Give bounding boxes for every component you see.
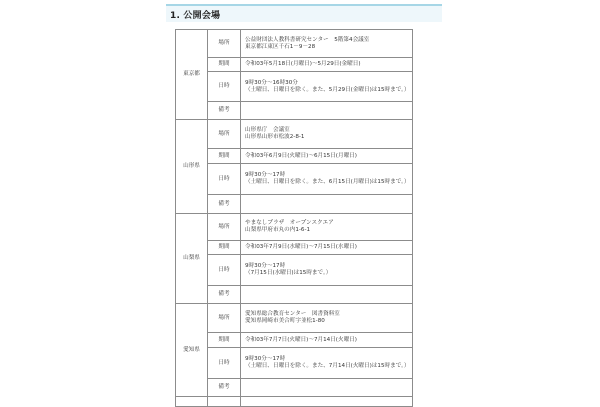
hours-value: 9時30分～17時 （7月15日(水曜日)は15時まで。） <box>241 255 413 286</box>
table-row: 山梨県 場所 やまなしプラザ オープンスクエア 山梨県甲府市丸の内1-6-1 <box>176 214 413 241</box>
period-value: 令和03年7月7日(火曜日)～7月14日(火曜日) <box>241 333 413 348</box>
prefecture-cell: 山梨県 <box>176 214 208 304</box>
place-name: 愛知県総合教育センター 図書資料室 <box>245 311 412 318</box>
label-notes: 備考 <box>208 379 241 397</box>
label-cell <box>208 397 241 401</box>
value-cell <box>241 397 413 401</box>
label-period: 期間 <box>208 333 241 348</box>
table-row: 日時 9時30分～17時 （7月15日(水曜日)は15時まで。） <box>176 255 413 286</box>
hours-note: （土曜日、日曜日を除く。また、5月29日(金曜日)は15時まで。） <box>245 87 412 94</box>
place-name: やまなしプラザ オープンスクエア <box>245 220 412 227</box>
place-name: 山形県庁 会議室 <box>245 127 412 134</box>
prefecture-cell: 東京都 <box>176 30 208 120</box>
table-row: 備考 <box>176 195 413 214</box>
place-address: 東京都江東区千石1－9－28 <box>245 44 412 51</box>
place-value: 愛知県総合教育センター 図書資料室 愛知県岡崎市美合町字並松1-80 <box>241 304 413 333</box>
table-row: 日時 9時30分～16時30分 （土曜日、日曜日を除く。また、5月29日(金曜日… <box>176 72 413 102</box>
label-place: 場所 <box>208 304 241 333</box>
hours-value: 9時30分～16時30分 （土曜日、日曜日を除く。また、5月29日(金曜日)は1… <box>241 72 413 102</box>
label-hours: 日時 <box>208 164 241 195</box>
place-name: 公益財団法人教科書研究センター 5階第4会議室 <box>245 37 412 44</box>
hours-value: 9時30分～17時 （土曜日、日曜日を除く。また、6月15日(月曜日)は15時ま… <box>241 164 413 195</box>
label-notes: 備考 <box>208 102 241 120</box>
period-value: 令和03年5月18日(月曜日)～5月29日(金曜日) <box>241 58 413 72</box>
label-place: 場所 <box>208 214 241 241</box>
hours-note: （7月15日(水曜日)は15時まで。） <box>245 270 412 277</box>
table-row: 期間 令和03年7月7日(火曜日)～7月14日(火曜日) <box>176 333 413 348</box>
place-address: 山梨県甲府市丸の内1-6-1 <box>245 227 412 234</box>
section-header: 1. 公開会場 <box>166 4 442 22</box>
table-row: 期間 令和03年5月18日(月曜日)～5月29日(金曜日) <box>176 58 413 72</box>
prefecture-cell: 愛知県 <box>176 304 208 397</box>
notes-value <box>241 379 413 397</box>
label-notes: 備考 <box>208 195 241 214</box>
place-address: 愛知県岡崎市美合町字並松1-80 <box>245 318 412 325</box>
label-hours: 日時 <box>208 72 241 102</box>
table-row: 山形県 場所 山形県庁 会議室 山形県山形市松波2-8-1 <box>176 120 413 149</box>
section-title: 1. 公開会場 <box>170 8 220 21</box>
label-period: 期間 <box>208 241 241 255</box>
place-value: 山形県庁 会議室 山形県山形市松波2-8-1 <box>241 120 413 149</box>
hours-time: 9時30分～17時 <box>245 263 412 270</box>
table-row: 期間 令和03年6月9日(火曜日)～6月15日(月曜日) <box>176 149 413 164</box>
place-address: 山形県山形市松波2-8-1 <box>245 134 412 141</box>
table-row: 期間 令和03年7月9日(水曜日)～7月15日(水曜日) <box>176 241 413 255</box>
label-hours: 日時 <box>208 348 241 379</box>
place-value: やまなしプラザ オープンスクエア 山梨県甲府市丸の内1-6-1 <box>241 214 413 241</box>
table-row <box>176 397 413 401</box>
label-place: 場所 <box>208 30 241 58</box>
prefecture-cell: 山形県 <box>176 120 208 214</box>
hours-value: 9時30分～17時 （土曜日、日曜日を除く。また、7月14日(火曜日)は15時ま… <box>241 348 413 379</box>
period-value: 令和03年7月9日(水曜日)～7月15日(水曜日) <box>241 241 413 255</box>
hours-time: 9時30分～16時30分 <box>245 80 412 87</box>
place-value: 公益財団法人教科書研究センター 5階第4会議室 東京都江東区千石1－9－28 <box>241 30 413 58</box>
table-row: 備考 <box>176 379 413 397</box>
table-row: 備考 <box>176 286 413 304</box>
table-row: 愛知県 場所 愛知県総合教育センター 図書資料室 愛知県岡崎市美合町字並松1-8… <box>176 304 413 333</box>
table-row: 東京都 場所 公益財団法人教科書研究センター 5階第4会議室 東京都江東区千石1… <box>176 30 413 58</box>
table-row: 日時 9時30分～17時 （土曜日、日曜日を除く。また、6月15日(月曜日)は1… <box>176 164 413 195</box>
hours-time: 9時30分～17時 <box>245 356 412 363</box>
label-hours: 日時 <box>208 255 241 286</box>
hours-note: （土曜日、日曜日を除く。また、7月14日(火曜日)は15時まで。） <box>245 363 412 370</box>
period-value: 令和03年6月9日(火曜日)～6月15日(月曜日) <box>241 149 413 164</box>
label-place: 場所 <box>208 120 241 149</box>
label-notes: 備考 <box>208 286 241 304</box>
prefecture-cell <box>176 397 208 401</box>
hours-time: 9時30分～17時 <box>245 172 412 179</box>
label-period: 期間 <box>208 58 241 72</box>
table-row: 備考 <box>176 102 413 120</box>
label-period: 期間 <box>208 149 241 164</box>
table-row: 日時 9時30分～17時 （土曜日、日曜日を除く。また、7月14日(火曜日)は1… <box>176 348 413 379</box>
hours-note: （土曜日、日曜日を除く。また、6月15日(月曜日)は15時まで。） <box>245 179 412 186</box>
venue-table: 東京都 場所 公益財団法人教科書研究センター 5階第4会議室 東京都江東区千石1… <box>175 29 413 400</box>
notes-value <box>241 102 413 120</box>
notes-value <box>241 286 413 304</box>
notes-value <box>241 195 413 214</box>
